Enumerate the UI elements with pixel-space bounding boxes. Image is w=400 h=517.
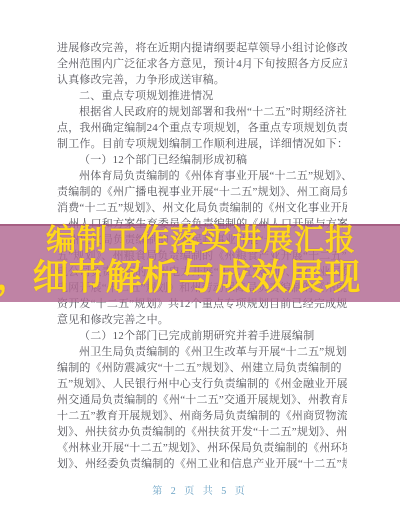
text-line: 全州范围内广泛征求各方意见，预计4月下旬按照各方反应意见对征求意见稿进展 [57,56,347,72]
text-line: 意见和修改完善之中。 [57,312,347,328]
text-line: 进展修改完善，将在近期内提请纲要起草领导小组讨论修改形成征求意见稿后，在 [57,40,347,56]
text-line: 五”规划》、人民银行州中心支行负责编制的《州金融业开展“十二五”规划》、 [57,376,347,392]
banner-title-line-1: 编制工作落实进展汇报 [46,225,356,257]
text-line: 划》、州扶贫办负责编制的《州扶贫开发“十二五”规划》、州林业局负责编制的 [57,424,347,440]
subsection-heading-line: （一）12个部门已经编制形成初稿 [57,152,347,168]
text-line: 州卫生局负责编制的《州卫生改革与开展“十二五”规划》、州地震局负责 [57,344,347,360]
text-line: 编制的《州防震减灾“十二五”规划》、州建立局负责编制的《州城镇开展“十二 [57,360,347,376]
text-line: 划》、州经委负责编制的《州工业和信息产业开展“十二五”规划》和州科技局负 [57,456,347,472]
text-line: 十二五”教育开展规划》、州商务局负责编制的《州商贸物流业开展“十二五”规 [57,408,347,424]
subsection-heading-line: （二）12个部门已完成前期研究并着手进展编制 [57,328,347,344]
text-line: 《州林业开展“十二五”规划》、州环保局负责编制的《州环境保护“十二五”规 [57,440,347,456]
text-line: 根据省人民政府的规划部署和我州“十二五”时期经济社会开展的目的和重 [57,104,347,120]
text-line: 消费“十二五”规划》、州文化局负责编制的《州文化事业开展“十二五”规划》 [57,200,347,216]
page-number-footer: 第 2 页 共 5 页 [0,482,400,497]
banner-title-line-2: ，细节解析与成效展现 [0,258,361,298]
text-line: 责编制的《州广播电视事业开展“十二五”规划》、州工商局负责编制的《州平安 [57,184,347,200]
document-page: 进展修改完善，将在近期内提请纲要起草领导小组讨论修改形成征求意见稿后，在 全州范… [0,0,400,517]
text-line: 点，我州确定编制24个重点专项规划，各重点专项规划负责单位都高度重视规划编 [57,120,347,136]
text-line: 认真修改完善，力争形成送审稿。 [57,72,347,88]
section-heading-line: 二、重点专项规划推进情况 [57,88,347,104]
text-line: 州体育局负责编制的《州体育事业开展“十二五”规划》、州广播电视局负 [57,168,347,184]
text-line: 制工作。目前专项规划编制工作顺利进展，详细情况如下： [57,136,347,152]
text-line: 州交通局负责编制的《州“十二五”交通开展规划》、州教育局负责编制的《州“ [57,392,347,408]
